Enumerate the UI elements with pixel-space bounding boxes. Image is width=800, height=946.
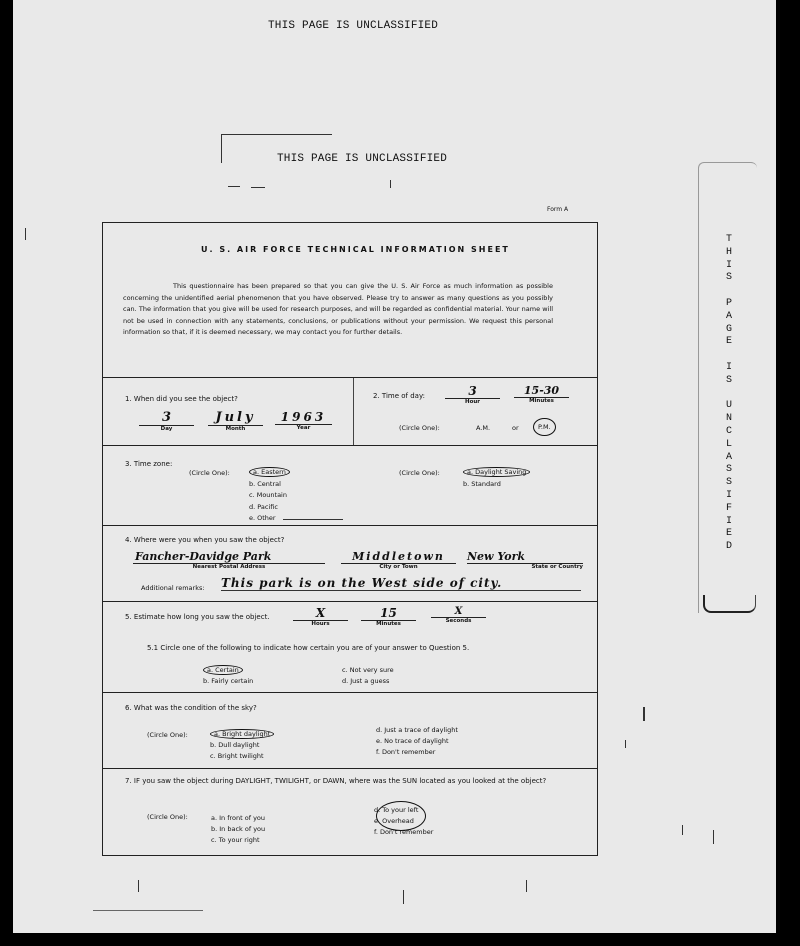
q6-option[interactable]: d. Just a trace of daylight (376, 725, 458, 736)
form-label: Form A (547, 206, 568, 213)
q4-city-value: Middletown (341, 550, 456, 564)
q4-city-label: City or Town (341, 564, 456, 570)
q7-options-left: a. In front of youb. In back of youc. To… (211, 813, 265, 846)
q7-option[interactable]: a. In front of you (211, 813, 265, 824)
q3-circle-label: (Circle One): (189, 469, 230, 477)
side-stamp-letter: S (723, 272, 735, 285)
q3-question: 3. Time zone: (125, 460, 172, 468)
option-label: a. Daylight Saving (463, 467, 530, 477)
side-stamp-letter: C (723, 426, 735, 439)
q1-year-field[interactable]: 1963 Year (275, 410, 332, 431)
q3-zone-option[interactable]: b. Central (249, 479, 290, 491)
option-label: c. Mountain (249, 491, 287, 499)
q2-pm-option-selected[interactable]: P.M. (533, 418, 556, 436)
side-stamp-letter: S (723, 464, 735, 477)
q3-zone-option-selected[interactable]: a. Eastern (249, 467, 290, 479)
side-stamp-letter: A (723, 311, 735, 324)
q7-selection-circle (376, 801, 426, 831)
scanned-page: THIS PAGE IS UNCLASSIFIED THIS PAGE IS U… (13, 0, 776, 933)
q3-zone-option[interactable]: d. Pacific (249, 502, 290, 514)
q4-state-field[interactable]: New York State or Country (467, 550, 583, 570)
q2-hour-label: Hour (445, 399, 500, 405)
side-stamp-letter (723, 349, 735, 362)
q1-month-label: Month (208, 426, 263, 432)
side-stamp-letter: G (723, 324, 735, 337)
q3-type-option-selected[interactable]: a. Daylight Saving (463, 467, 530, 479)
q1-day-value: 3 (139, 410, 194, 426)
option-label: f. Don't remember (376, 748, 435, 756)
q1-day-field[interactable]: 3 Day (139, 410, 194, 432)
q2-minutes-field[interactable]: 15-30 Minutes (514, 384, 569, 404)
side-stamp-letter (723, 388, 735, 401)
unclassified-stamp-second: THIS PAGE IS UNCLASSIFIED (277, 153, 447, 165)
q2-question: 2. Time of day: (373, 392, 425, 400)
q6-options-right: d. Just a trace of daylighte. No trace o… (376, 725, 458, 758)
side-stamp-letter: P (723, 298, 735, 311)
side-stamp-letter: I (723, 260, 735, 273)
option-label: a. Certain (203, 665, 243, 675)
form-title: U. S. AIR FORCE TECHNICAL INFORMATION SH… (201, 245, 510, 254)
q5-hours-field[interactable]: X Hours (293, 606, 348, 627)
q1-day-label: Day (139, 426, 194, 432)
q3-circle-label-2: (Circle One): (399, 469, 440, 477)
q7-circle-label: (Circle One): (147, 813, 188, 821)
q51-option[interactable]: d. Just a guess (342, 676, 394, 687)
side-bracket-bottom (703, 595, 756, 613)
q51-options-left: a. Certainb. Fairly certain (203, 665, 253, 686)
q1-year-value: 1963 (275, 410, 332, 425)
side-stamp-letter: H (723, 247, 735, 260)
unclassified-stamp-top: THIS PAGE IS UNCLASSIFIED (268, 20, 438, 32)
option-label: b. Fairly certain (203, 677, 253, 685)
q4-city-field[interactable]: Middletown City or Town (341, 550, 456, 570)
side-stamp-letter: D (723, 541, 735, 554)
q3-other-line[interactable] (283, 519, 343, 520)
technical-information-sheet: U. S. AIR FORCE TECHNICAL INFORMATION SH… (102, 222, 598, 856)
option-label: b. Dull daylight (210, 741, 259, 749)
q51-question: 5.1 Circle one of the following to indic… (147, 644, 469, 652)
side-stamp-letter: I (723, 516, 735, 529)
form-row-duration: 5. Estimate how long you saw the object.… (103, 602, 597, 693)
q51-option[interactable]: b. Fairly certain (203, 676, 253, 687)
option-label: a. Bright daylight (210, 729, 274, 739)
side-stamp-letter: U (723, 400, 735, 413)
q6-option-selected[interactable]: a. Bright daylight (210, 729, 274, 740)
q5-hours-label: Hours (293, 621, 348, 627)
divider (353, 378, 354, 445)
q4-address-label: Nearest Postal Address (133, 564, 325, 570)
q7-question: 7. IF you saw the object during DAYLIGHT… (125, 775, 575, 787)
q4-remarks-value[interactable]: This park is on the West side of city. (221, 576, 581, 591)
option-label: b. Central (249, 480, 281, 488)
form-row-sun: 7. IF you saw the object during DAYLIGHT… (103, 769, 597, 855)
q3-zone-option[interactable]: c. Mountain (249, 490, 290, 502)
side-stamp-letter: I (723, 490, 735, 503)
option-label: b. Standard (463, 480, 501, 488)
form-row-location: 4. Where were you when you saw the objec… (103, 526, 597, 602)
q6-option[interactable]: c. Bright twilight (210, 751, 274, 762)
q51-option[interactable]: c. Not very sure (342, 665, 394, 676)
q2-or: or (512, 424, 519, 432)
q51-option-selected[interactable]: a. Certain (203, 665, 253, 676)
option-label: d. Pacific (249, 503, 278, 511)
side-stamp-letter: I (723, 362, 735, 375)
q2-circle-label: (Circle One): (399, 424, 440, 432)
q4-question: 4. Where were you when you saw the objec… (125, 536, 284, 544)
option-label: a. Eastern (249, 467, 290, 477)
q5-hours-value: X (293, 606, 348, 621)
q5-minutes-label: Minutes (361, 621, 416, 627)
q5-seconds-field[interactable]: X Seconds (431, 606, 486, 624)
option-label: d. Just a trace of daylight (376, 726, 458, 734)
side-stamp-letter: L (723, 439, 735, 452)
q51-options-right: c. Not very sured. Just a guess (342, 665, 394, 686)
option-label: d. Just a guess (342, 677, 389, 685)
q5-minutes-value: 15 (361, 606, 416, 621)
q4-state-value: New York (467, 550, 583, 564)
q1-question: 1. When did you see the object? (125, 395, 238, 403)
q2-am-option[interactable]: A.M. (476, 424, 490, 432)
q4-address-value: Fancher-Davidge Park (133, 550, 325, 564)
q4-state-label: State or Country (467, 564, 583, 570)
q6-option[interactable]: e. No trace of daylight (376, 736, 458, 747)
q5-question: 5. Estimate how long you saw the object. (125, 613, 270, 621)
form-row-timezone: 3. Time zone: (Circle One): a. Easternb.… (103, 446, 597, 526)
option-label: c. To your right (211, 836, 260, 844)
form-row-sky: 6. What was the condition of the sky? (C… (103, 693, 597, 769)
side-stamp-letter: S (723, 477, 735, 490)
option-label: a. In front of you (211, 814, 265, 822)
option-label: b. In back of you (211, 825, 265, 833)
q6-option[interactable]: b. Dull daylight (210, 740, 274, 751)
q3-zone-options: a. Easternb. Centralc. Mountaind. Pacifi… (249, 467, 290, 525)
side-stamp-letter: N (723, 413, 735, 426)
q1-year-label: Year (275, 425, 332, 431)
q7-option[interactable]: b. In back of you (211, 824, 265, 835)
form-intro: This questionnaire has been prepared so … (123, 281, 553, 339)
q5-seconds-value: X (431, 606, 486, 618)
q7-option[interactable]: c. To your right (211, 835, 265, 846)
q2-hour-value: 3 (445, 384, 500, 399)
scan-mark (251, 187, 265, 188)
side-stamp-letter: T (723, 234, 735, 247)
side-stamp-letter: E (723, 336, 735, 349)
q5-minutes-field[interactable]: 15 Minutes (361, 606, 416, 627)
side-stamp-letter: S (723, 375, 735, 388)
q1-month-field[interactable]: July Month (208, 410, 263, 432)
q2-minutes-label: Minutes (514, 398, 569, 404)
option-label: c. Not very sure (342, 666, 394, 674)
q6-options-left: a. Bright daylightb. Dull daylightc. Bri… (210, 729, 274, 762)
q3-type-options: a. Daylight Savingb. Standard (463, 467, 530, 490)
scan-mark (228, 186, 240, 187)
side-stamp-letter (723, 285, 735, 298)
option-label: c. Bright twilight (210, 752, 264, 760)
q4-remarks-label: Additional remarks: (141, 584, 205, 592)
q2-minutes-value: 15-30 (514, 384, 569, 398)
form-header: U. S. AIR FORCE TECHNICAL INFORMATION SH… (103, 223, 597, 378)
q6-circle-label: (Circle One): (147, 731, 188, 739)
q6-question: 6. What was the condition of the sky? (125, 704, 257, 712)
q4-address-field[interactable]: Fancher-Davidge Park Nearest Postal Addr… (133, 550, 325, 570)
unclassified-stamp-side: THIS PAGE IS UNCLASSIFIED (723, 234, 735, 554)
option-label: e. No trace of daylight (376, 737, 449, 745)
side-stamp-letter: F (723, 503, 735, 516)
q6-option[interactable]: f. Don't remember (376, 747, 458, 758)
option-label: e. Other (249, 514, 276, 522)
form-row-date-time: 1. When did you see the object? 3 Day Ju… (103, 378, 597, 446)
q3-type-option[interactable]: b. Standard (463, 479, 530, 491)
side-stamp-letter: E (723, 528, 735, 541)
q2-hour-field[interactable]: 3 Hour (445, 384, 500, 405)
q1-month-value: July (208, 410, 263, 426)
side-stamp-letter: A (723, 452, 735, 465)
q5-seconds-label: Seconds (431, 618, 486, 624)
